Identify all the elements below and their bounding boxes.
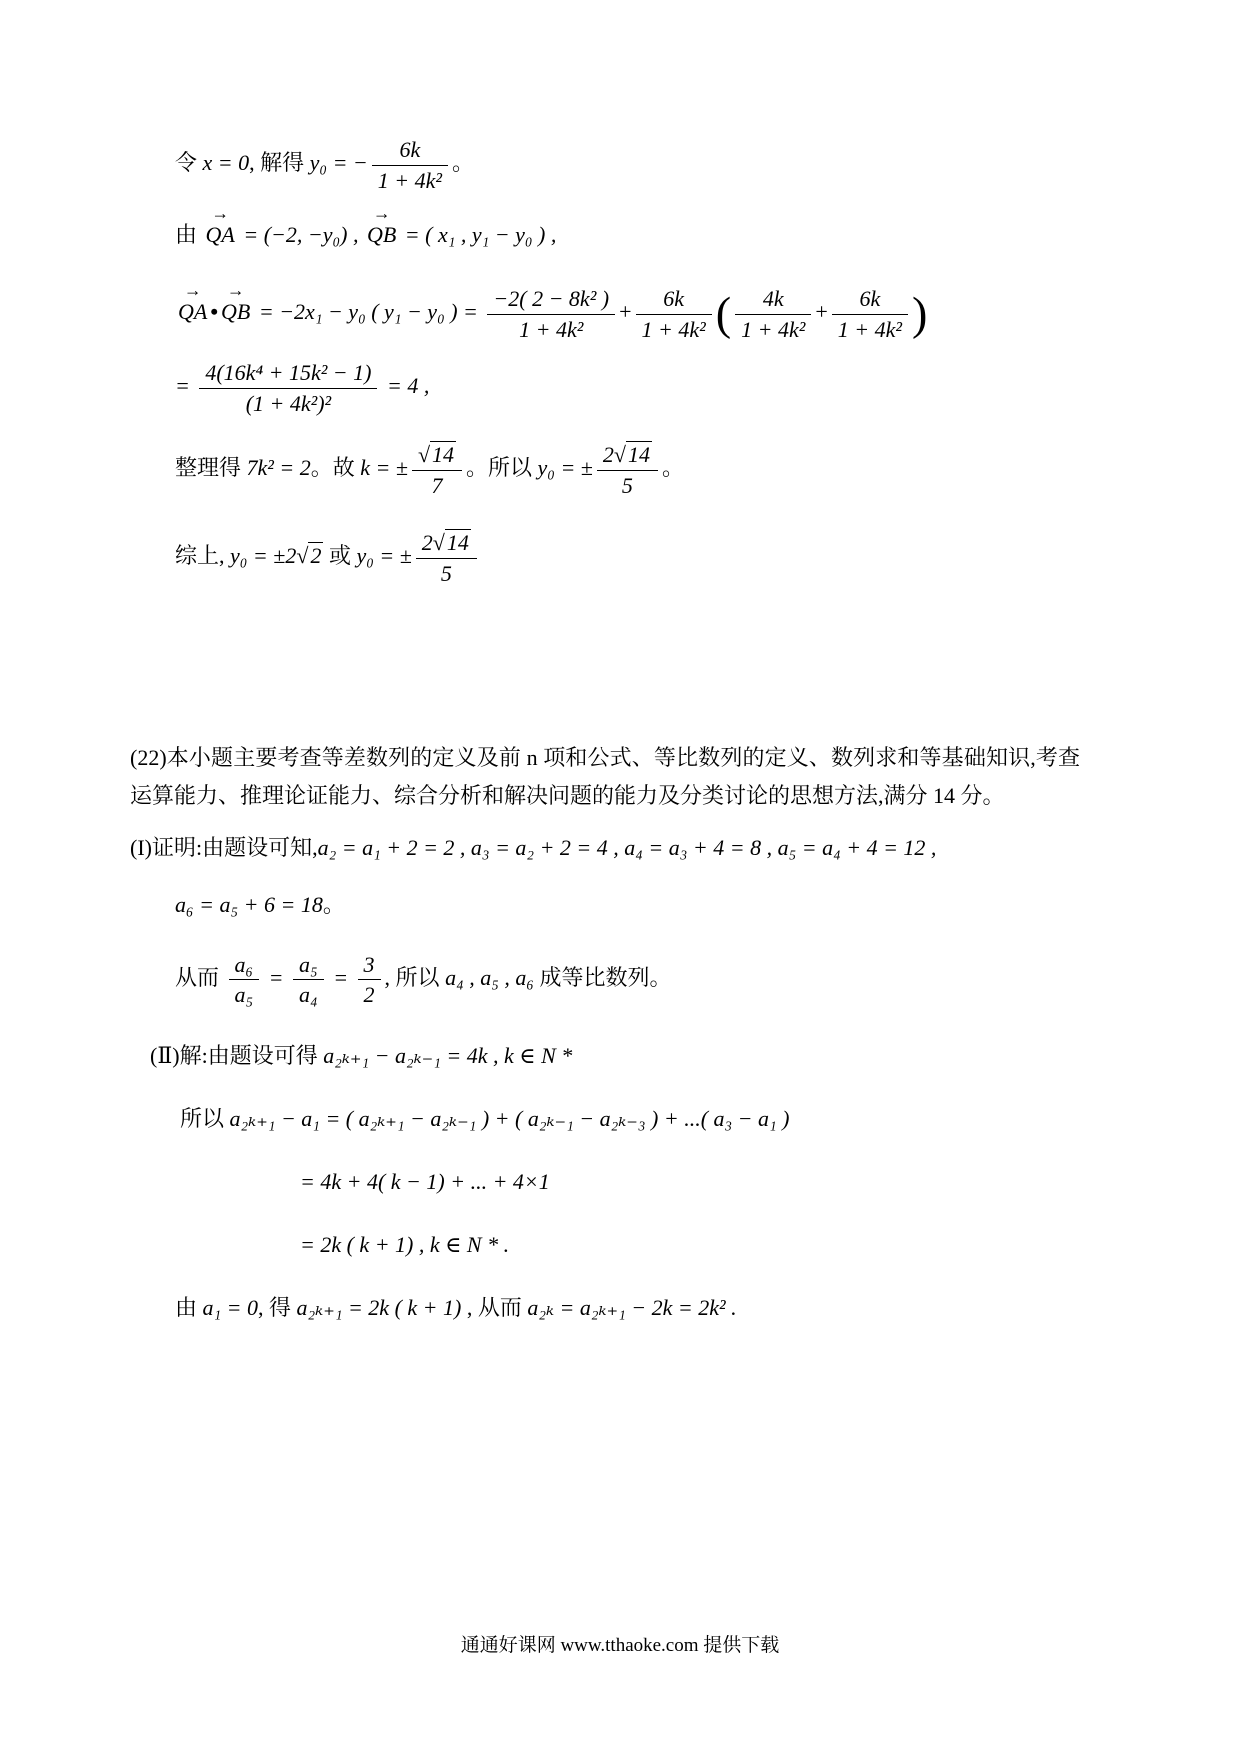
text-run: 。	[452, 150, 474, 175]
formula-conclusion-y0: 综上, y₀ = ±2√2 或 y₀ = ±2√145	[175, 529, 1080, 587]
fraction-denominator: 5	[416, 558, 477, 588]
math-run: y₀ = ±2	[230, 543, 296, 568]
text-run: , 得	[258, 1295, 297, 1320]
fraction-numerator: 2√14	[597, 441, 658, 470]
math-run: a₂ = a₁ + 2 = 2 , a₃ = a₂ + 2 = 4 , a₄ =…	[318, 835, 937, 860]
math-run: a₆ = a₅ + 6 = 18	[175, 892, 323, 917]
radical: √14	[433, 529, 471, 555]
fraction-denominator: 2	[358, 979, 381, 1009]
text-run: 从而	[175, 965, 225, 990]
math-run: 7k² = 2	[247, 455, 311, 480]
math-run: y₀ = ±	[538, 455, 593, 480]
text-run: 令	[175, 150, 203, 175]
radical: √14	[418, 441, 456, 467]
fraction-numerator: 6k	[832, 285, 908, 314]
math-run: a₄ , a₅ , a₆	[445, 965, 534, 990]
fraction-numerator: 2√14	[416, 529, 477, 558]
fraction-denominator: 7	[412, 470, 462, 500]
math-run: = (−2, −y₀) ,	[238, 222, 364, 247]
fraction-numerator: 4(16k⁴ + 15k² − 1)	[199, 359, 377, 388]
fraction: a₅a₄	[293, 951, 324, 1009]
fraction-denominator: 1 + 4k²	[636, 314, 712, 344]
text-run: , 从而	[461, 1295, 527, 1320]
math-run: y₀ = −	[310, 150, 368, 175]
vector-arrow-icon: →	[178, 282, 207, 300]
part2-conclusion: 由 a₁ = 0, 得 a₂ₖ₊₁ = 2k ( k + 1) , 从而 a₂ₖ…	[175, 1291, 1080, 1324]
vector-label: QB	[367, 222, 396, 247]
part1-ratio-line: 从而 a₆a₅ = a₅a₄ = 32, 所以 a₄ , a₅ , a₆ 成等比…	[175, 951, 1080, 1009]
vector-label: QA	[178, 299, 207, 324]
math-run: a₁ = 0	[203, 1295, 259, 1320]
fraction-denominator: 1 + 4k²	[487, 314, 615, 344]
page-footer: 通通好课网 www.tthaoke.com 提供下载	[0, 1630, 1240, 1657]
radicand: 14	[626, 441, 652, 467]
text-run: 综上,	[175, 543, 230, 568]
fraction: 4k1 + 4k²	[735, 285, 811, 343]
fraction: 2√145	[416, 529, 477, 587]
fraction: 32	[358, 951, 381, 1009]
vector-label: QB	[221, 299, 250, 324]
text-run: 。	[662, 455, 684, 480]
fraction: 2√145	[597, 441, 658, 499]
radicand: 14	[445, 529, 471, 555]
text-run: , 解得	[249, 150, 310, 175]
text-run: 整理得	[175, 455, 247, 480]
radical-sign-icon: √	[433, 530, 445, 555]
fraction-denominator: 1 + 4k²	[372, 165, 448, 195]
equals-sign: =	[328, 965, 354, 990]
fraction-denominator: 5	[597, 470, 658, 500]
text-run: 由	[175, 222, 203, 247]
text-run: 或	[323, 543, 356, 568]
text-run: 由	[175, 1295, 203, 1320]
vector-label: QA	[206, 222, 235, 247]
fraction-numerator: −2( 2 − 8k² )	[487, 285, 615, 314]
radicand: 2	[308, 542, 323, 568]
part2-telescoping-line: 所以 a₂ₖ₊₁ − a₁ = ( a₂ₖ₊₁ − a₂ₖ₋₁ ) + ( a₂…	[180, 1102, 1080, 1135]
vector-arrow-icon: →	[367, 205, 396, 223]
radical: √14	[614, 441, 652, 467]
fraction-denominator: 1 + 4k²	[832, 314, 908, 344]
plus-sign: +	[815, 299, 827, 324]
text-run: 成等比数列。	[534, 965, 672, 990]
fraction-denominator: 1 + 4k²	[735, 314, 811, 344]
fraction: 4(16k⁴ + 15k² − 1)(1 + 4k²)²	[199, 359, 377, 417]
plus-sign: +	[619, 299, 631, 324]
math-run: = 4 ,	[381, 373, 429, 398]
math-run: y₀ = ±	[356, 543, 411, 568]
right-paren: )	[912, 288, 927, 339]
formula-k-solutions: 整理得 7k² = 2。故 k = ±√147。所以 y₀ = ±2√145。	[175, 441, 1080, 499]
vector-qa: →QA	[206, 218, 235, 251]
fraction-numerator: 6k	[636, 285, 712, 314]
fraction-numerator: 4k	[735, 285, 811, 314]
vector-qb: →QB	[367, 218, 396, 251]
fraction: √147	[412, 441, 462, 499]
math-run: = 4k + 4( k − 1) + ... + 4×1	[300, 1169, 550, 1194]
text-run: 。	[323, 892, 345, 917]
radical: √2	[296, 542, 323, 568]
part2-step2: = 2k ( k + 1) , k ∈ N * .	[300, 1228, 1080, 1261]
fraction-denominator: a₅	[229, 979, 260, 1009]
radical-sign-icon: √	[418, 442, 430, 467]
text-run: 。所以	[466, 455, 538, 480]
text-run: (I)证明:由题设可知,	[130, 835, 318, 860]
formula-vectors-qa-qb: 由 →QA = (−2, −y₀) , →QB = ( x₁ , y₁ − y₀…	[175, 210, 1080, 251]
text-run: 所以	[180, 1106, 230, 1131]
math-run: = ( x₁ , y₁ − y₀ ) ,	[399, 222, 556, 247]
fraction: 6k1 + 4k²	[372, 136, 448, 194]
formula-dot-product: →QA•→QB = −2x₁ − y₀ ( y₁ − y₀ ) = −2( 2 …	[175, 275, 1080, 343]
left-paren: (	[716, 288, 731, 339]
part1-proof-line2: a₆ = a₅ + 6 = 18。	[175, 888, 1080, 921]
fraction-denominator: a₄	[293, 979, 324, 1009]
text-run: , 所以	[385, 965, 446, 990]
math-run: = 2k ( k + 1) , k ∈ N * .	[300, 1232, 509, 1257]
radical-sign-icon: √	[296, 543, 308, 568]
document-page: 令 x = 0, 解得 y₀ = −6k1 + 4k²。 由 →QA = (−2…	[0, 0, 1240, 1754]
fraction-numerator: a₅	[293, 951, 324, 980]
text-run: 。故	[311, 455, 361, 480]
fraction-numerator: 3	[358, 951, 381, 980]
math-run: =	[175, 373, 195, 398]
math-run: a₂ₖ₊₁ − a₁ = ( a₂ₖ₊₁ − a₂ₖ₋₁ ) + ( a₂ₖ₋₁…	[230, 1106, 790, 1131]
math-run: a₂ₖ₊₁ − a₂ₖ₋₁ = 4k , k ∈ N *	[323, 1043, 572, 1068]
vector-qb: →QB	[221, 295, 250, 328]
vector-qa: →QA	[178, 295, 207, 328]
vector-arrow-icon: →	[206, 205, 235, 223]
vector-arrow-icon: →	[221, 282, 250, 300]
math-run: k = ±	[360, 455, 408, 480]
fraction-numerator: √14	[412, 441, 462, 470]
fraction-numerator: 6k	[372, 136, 448, 165]
fraction-numerator: a₆	[229, 951, 260, 980]
formula-y0-value: 令 x = 0, 解得 y₀ = −6k1 + 4k²。	[175, 136, 1080, 194]
page-content: 令 x = 0, 解得 y₀ = −6k1 + 4k²。 由 →QA = (−2…	[130, 136, 1080, 1324]
problem-22-intro: (22)本小题主要考查等差数列的定义及前 n 项和公式、等比数列的定义、数列求和…	[130, 739, 1080, 815]
fraction: 6k1 + 4k²	[636, 285, 712, 343]
text-run: (Ⅱ)解:由题设可得	[150, 1043, 323, 1068]
dot-product-sign: •	[210, 299, 218, 324]
fraction: a₆a₅	[229, 951, 260, 1009]
radical-sign-icon: √	[614, 442, 626, 467]
math-run: x = 0	[203, 150, 250, 175]
part1-proof-line1: (I)证明:由题设可知,a₂ = a₁ + 2 = 2 , a₃ = a₂ + …	[130, 831, 1080, 864]
radicand: 14	[430, 441, 456, 467]
part2-setup-line: (Ⅱ)解:由题设可得 a₂ₖ₊₁ − a₂ₖ₋₁ = 4k , k ∈ N *	[150, 1039, 1080, 1072]
coefficient: 2	[603, 442, 614, 467]
fraction-denominator: (1 + 4k²)²	[199, 388, 377, 418]
math-run: = −2x₁ − y₀ ( y₁ − y₀ ) =	[253, 299, 483, 324]
formula-simplified: = 4(16k⁴ + 15k² − 1)(1 + 4k²)² = 4 ,	[175, 359, 1080, 417]
fraction: 6k1 + 4k²	[832, 285, 908, 343]
coefficient: 2	[422, 530, 433, 555]
equals-sign: =	[263, 965, 289, 990]
math-run: a₂ₖ = a₂ₖ₊₁ − 2k = 2k² .	[527, 1295, 736, 1320]
part2-step1: = 4k + 4( k − 1) + ... + 4×1	[300, 1165, 1080, 1198]
fraction: −2( 2 − 8k² )1 + 4k²	[487, 285, 615, 343]
math-run: a₂ₖ₊₁ = 2k ( k + 1)	[297, 1295, 462, 1320]
